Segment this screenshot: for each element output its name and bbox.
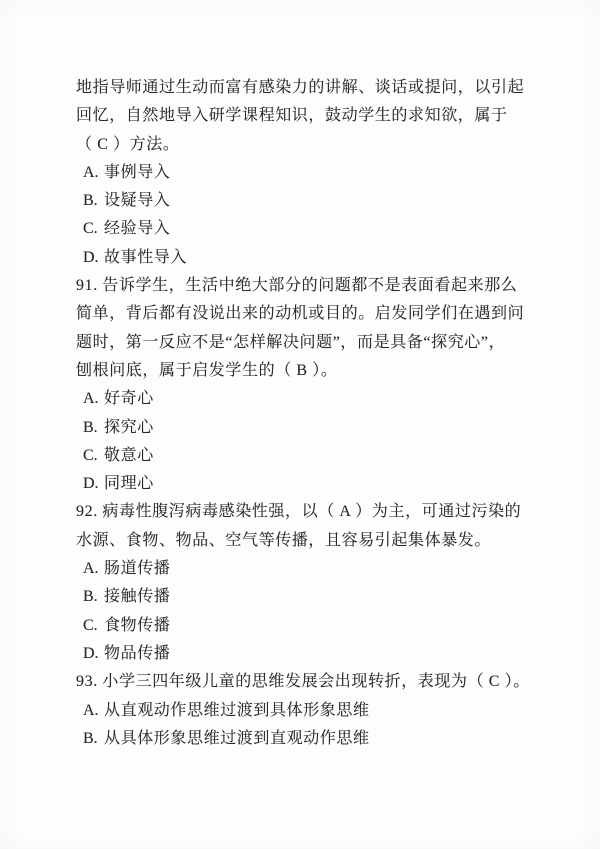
option-text: 肠道传播 bbox=[104, 560, 170, 577]
option-item: D.同理心 bbox=[76, 470, 528, 498]
option-text: 食物传播 bbox=[104, 617, 170, 634]
option-label: A. bbox=[83, 159, 104, 187]
option-label: B. bbox=[83, 187, 104, 215]
option-text: 设疑导入 bbox=[104, 192, 170, 209]
option-text: 故事性导入 bbox=[104, 249, 187, 266]
option-text: 敬意心 bbox=[104, 447, 154, 464]
option-item: A.事例导入 bbox=[76, 159, 528, 187]
option-item: A.从直观动作思维过渡到具体形象思维 bbox=[76, 697, 528, 725]
question-stem-line: 91. 告诉学生，生活中绝大部分的问题都不是表面看起来那么 bbox=[76, 272, 528, 300]
question-stem-line: 回忆，自然地导入研学课程知识，鼓动学生的求知欲，属于 bbox=[76, 102, 528, 130]
option-item: C.经验导入 bbox=[76, 215, 528, 243]
question-stem-line: 92. 病毒性腹泻病毒感染性强，以（ A ）为主，可通过污染的 bbox=[76, 498, 528, 526]
option-text: 事例导入 bbox=[104, 164, 170, 181]
option-text: 经验导入 bbox=[104, 220, 170, 237]
option-item: C.敬意心 bbox=[76, 442, 528, 470]
option-label: D. bbox=[83, 640, 104, 668]
option-label: A. bbox=[83, 385, 104, 413]
option-label: B. bbox=[83, 725, 104, 753]
question-stem-line: 地指导师通过生动而富有感染力的讲解、谈话或提问，以引起 bbox=[76, 74, 528, 102]
option-label: C. bbox=[83, 215, 104, 243]
page-text-block: 地指导师通过生动而富有感染力的讲解、谈话或提问，以引起 回忆，自然地导入研学课程… bbox=[76, 74, 528, 753]
option-text: 同理心 bbox=[104, 475, 154, 492]
question-stem-line: 题时，第一反应不是“怎样解决问题”，而是具备“探究心”， bbox=[76, 329, 528, 357]
question-stem-line: 简单，背后都有没说出来的动机或目的。启发同学们在遇到问 bbox=[76, 300, 528, 328]
option-item: C.食物传播 bbox=[76, 612, 528, 640]
question-stem-line: （ C ）方法。 bbox=[76, 131, 528, 159]
option-text: 好奇心 bbox=[104, 390, 154, 407]
option-label: C. bbox=[83, 612, 104, 640]
question-stem-line: 水源、食物、物品、空气等传播，且容易引起集体暴发。 bbox=[76, 527, 528, 555]
option-item: A.好奇心 bbox=[76, 385, 528, 413]
option-label: A. bbox=[83, 697, 104, 725]
option-item: B.接触传播 bbox=[76, 583, 528, 611]
option-label: B. bbox=[83, 414, 104, 442]
question-stem-line: 93. 小学三四年级儿童的思维发展会出现转折，表现为（ C ）。 bbox=[76, 668, 528, 696]
option-label: B. bbox=[83, 583, 104, 611]
option-item: B.探究心 bbox=[76, 414, 528, 442]
option-item: D.物品传播 bbox=[76, 640, 528, 668]
option-text: 接触传播 bbox=[104, 588, 170, 605]
question-stem-line: 刨根问底，属于启发学生的（ B ）。 bbox=[76, 357, 528, 385]
option-label: A. bbox=[83, 555, 104, 583]
option-label: D. bbox=[83, 470, 104, 498]
option-label: D. bbox=[83, 244, 104, 272]
option-label: C. bbox=[83, 442, 104, 470]
option-text: 探究心 bbox=[104, 419, 154, 436]
option-text: 从直观动作思维过渡到具体形象思维 bbox=[104, 702, 370, 719]
option-text: 从具体形象思维过渡到直观动作思维 bbox=[104, 730, 370, 747]
option-item: D.故事性导入 bbox=[76, 244, 528, 272]
option-item: A.肠道传播 bbox=[76, 555, 528, 583]
option-text: 物品传播 bbox=[104, 645, 170, 662]
document-page: 地指导师通过生动而富有感染力的讲解、谈话或提问，以引起 回忆，自然地导入研学课程… bbox=[0, 0, 600, 849]
option-item: B.从具体形象思维过渡到直观动作思维 bbox=[76, 725, 528, 753]
option-item: B.设疑导入 bbox=[76, 187, 528, 215]
